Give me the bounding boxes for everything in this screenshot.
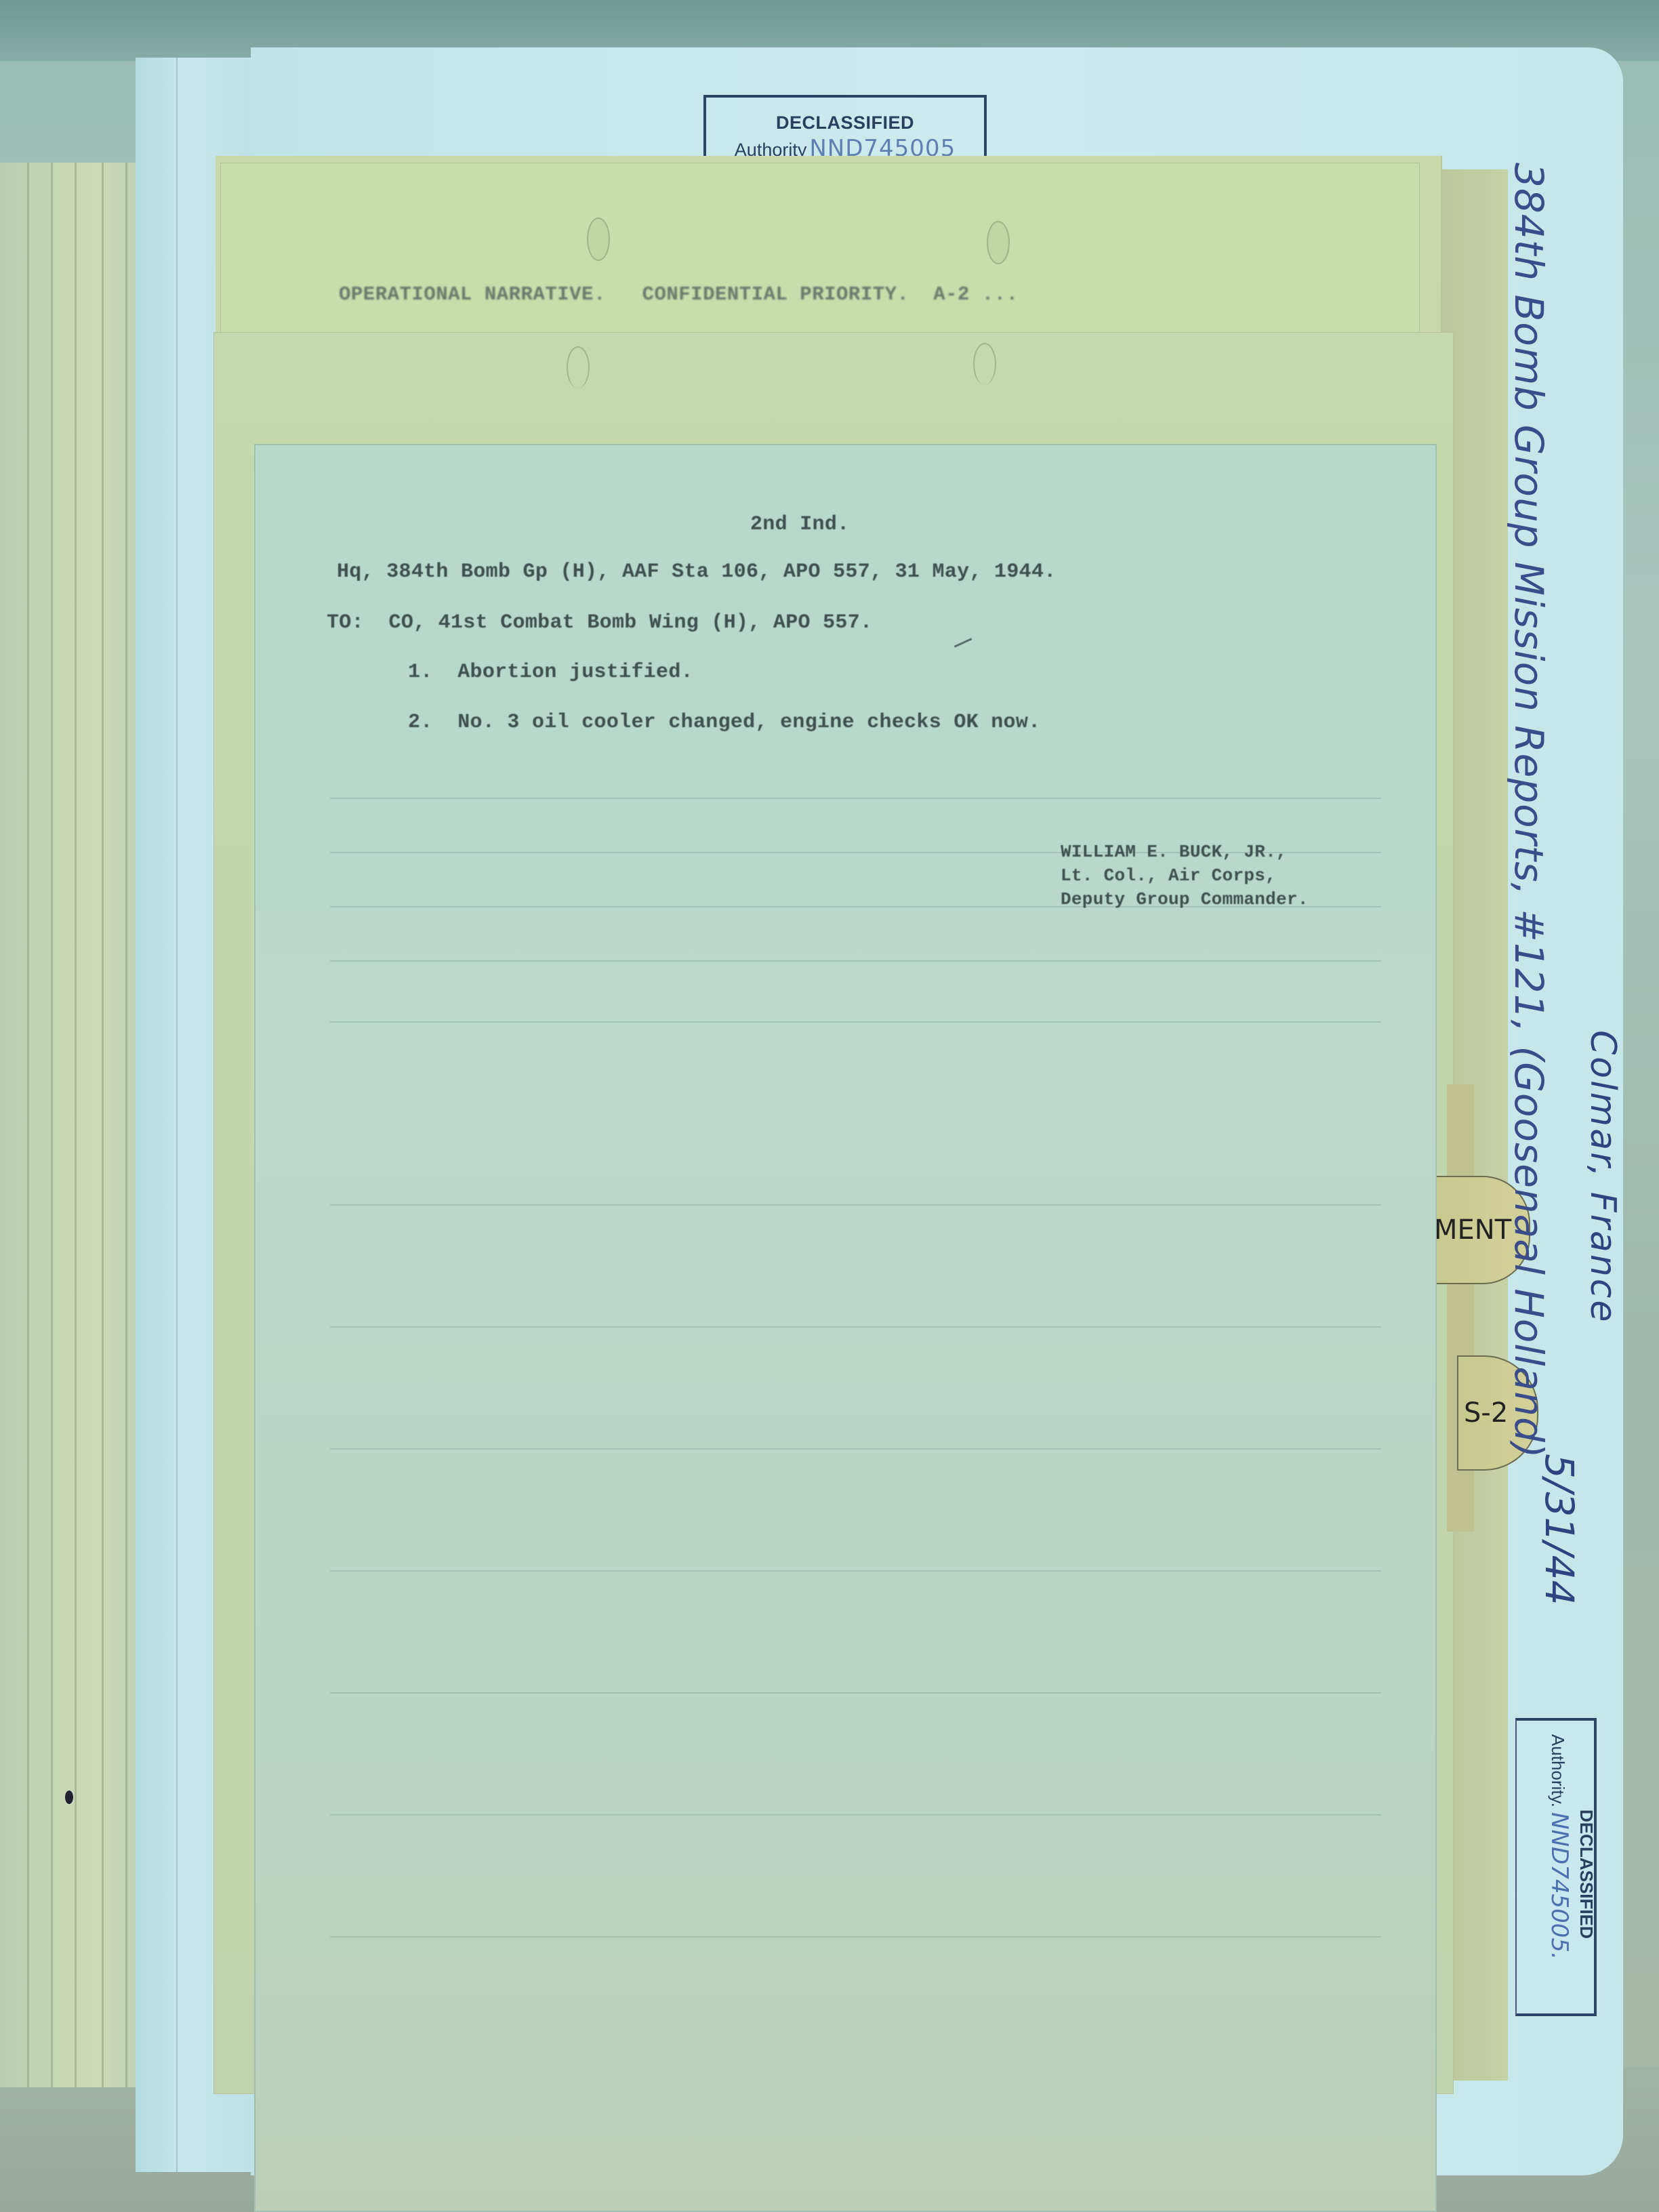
declassified-stamp-right: DECLASSIFIED Authority. NND745005. (1515, 1718, 1597, 2016)
item-1: 1. Abortion justified. (408, 661, 693, 684)
check-mark (954, 638, 972, 648)
stamp-heading: DECLASSIFIED (706, 112, 984, 134)
to-line: TO: CO, 41st Combat Bomb Wing (H), APO 5… (327, 611, 872, 634)
signature-rank: Lt. Col., Air Corps, (1061, 865, 1276, 886)
main-document-page: 2nd Ind. Hq, 384th Bomb Gp (H), AAF Sta … (254, 444, 1437, 2212)
folder-handwritten-date: 5/31/44 (1536, 1454, 1582, 1605)
signature-name: WILLIAM E. BUCK, JR., (1061, 842, 1287, 862)
signature-title: Deputy Group Commander. (1061, 889, 1309, 909)
tab-label: S-2 (1464, 1397, 1508, 1429)
stamp-heading: DECLASSIFIED (1576, 1788, 1597, 1960)
item-2: 2. No. 3 oil cooler changed, engine chec… (408, 711, 1040, 734)
stamp-authority-label: Authority. (1548, 1734, 1568, 1807)
operational-narrative-header: OPERATIONAL NARRATIVE. CONFIDENTIAL PRIO… (339, 283, 1019, 306)
tab-label: MENT (1434, 1214, 1511, 1246)
stamp-authority-value: NND745005. (1546, 1812, 1573, 1960)
folder-handwritten-location: Colmar, France (1582, 1030, 1623, 1324)
indorsement-heading: 2nd Ind. (750, 513, 849, 536)
left-document-stack (0, 163, 142, 2087)
from-line: Hq, 384th Bomb Gp (H), AAF Sta 106, APO … (337, 560, 1057, 583)
folder-handwritten-label: 384th Bomb Group Mission Reports, #121, … (1506, 163, 1552, 1458)
